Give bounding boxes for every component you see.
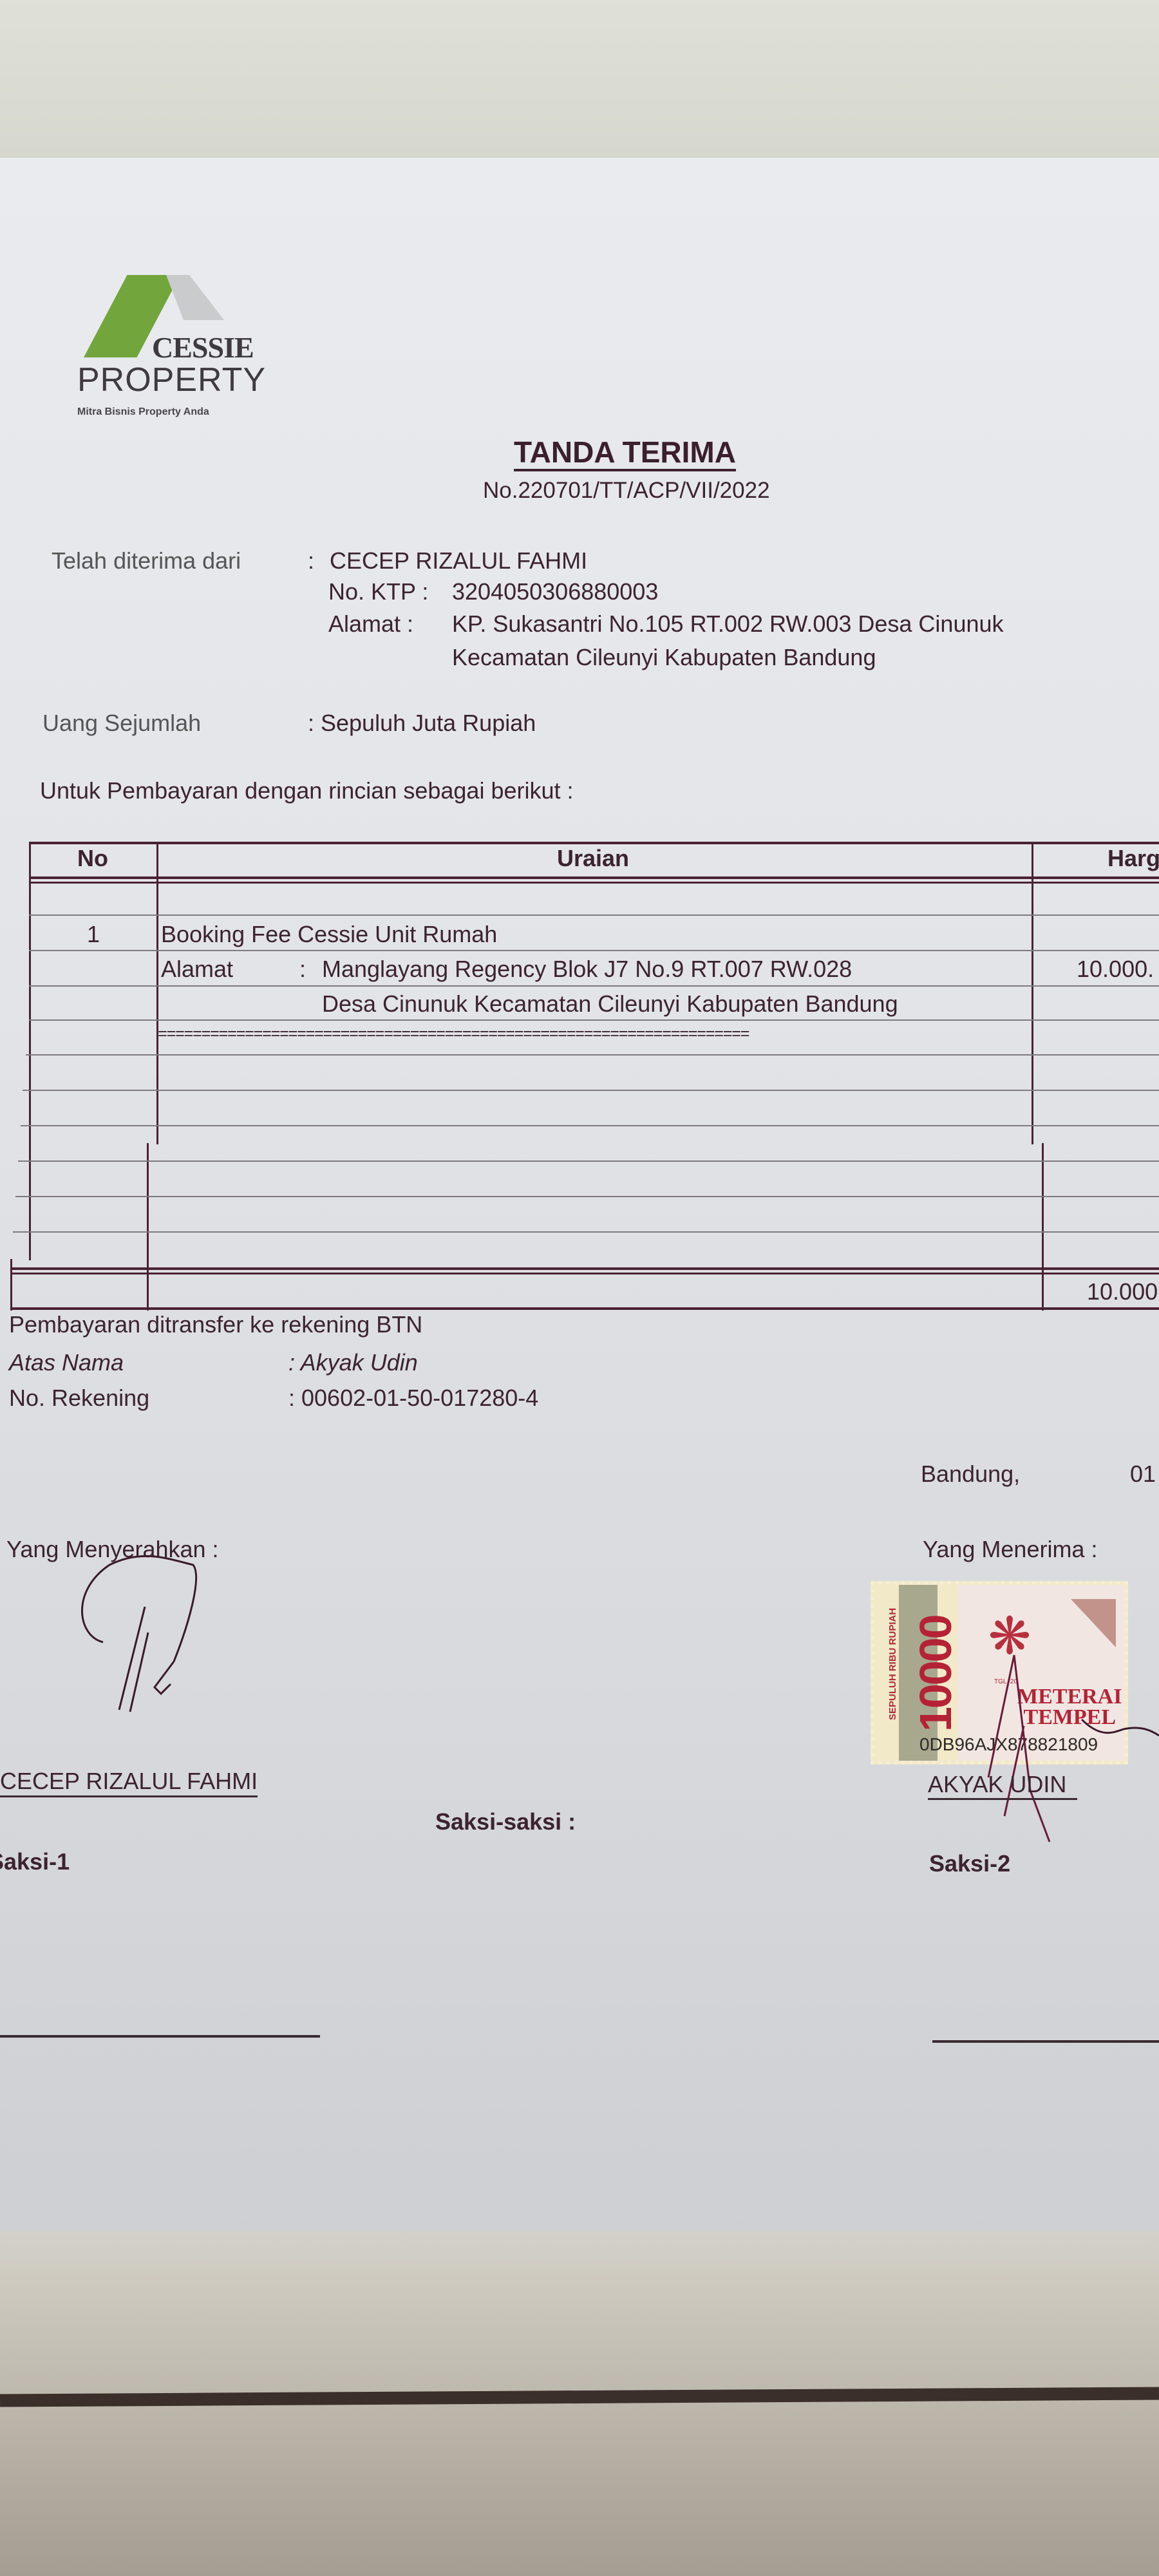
receiver-label: Yang Menerima : xyxy=(923,1536,1097,1563)
account-name-label: Atas Nama xyxy=(9,1349,124,1376)
giver-name-underline xyxy=(0,1795,258,1797)
payer-address-line2: Kecamatan Cileunyi Kabupaten Bandung xyxy=(452,644,876,671)
logo-brand-top: CESSIE xyxy=(152,330,254,365)
giver-name: CECEP RIZALUL FAHMI xyxy=(0,1768,258,1795)
row-description: Booking Fee Cessie Unit Rumah xyxy=(161,921,497,948)
column-header-description: Uraian xyxy=(557,845,629,872)
witness-2-label: Saksi-2 xyxy=(929,1850,1010,1877)
logo-roof-shadow xyxy=(166,275,224,320)
receiver-name-underline xyxy=(928,1798,1077,1800)
row-address-line1: Manglayang Regency Blok J7 No.9 RT.007 R… xyxy=(322,956,852,983)
date-partial: 01 xyxy=(1130,1461,1156,1488)
stamp-value: 10000 xyxy=(910,1616,961,1732)
giver-signature-icon xyxy=(64,1552,219,1719)
place: Bandung, xyxy=(921,1461,1020,1488)
row-separator: ========================================… xyxy=(158,1025,749,1044)
row-price: 10.000. xyxy=(1077,956,1154,983)
document-number: No.220701/TT/ACP/VII/2022 xyxy=(483,478,770,504)
logo-brand-bottom: PROPERTY xyxy=(77,361,266,399)
witnesses-label: Saksi-saksi : xyxy=(435,1808,576,1835)
column-header-no: No xyxy=(77,845,108,872)
payer-name: CECEP RIZALUL FAHMI xyxy=(330,547,587,574)
witness-1-signature-line xyxy=(0,2035,320,2038)
receiver-name: AKYAK UDIN xyxy=(928,1771,1066,1798)
row-address-line2: Desa Cinunuk Kecamatan Cileunyi Kabupate… xyxy=(322,990,898,1018)
receiver-signature-icon xyxy=(985,1649,1159,1848)
ktp-number: 3204050306880003 xyxy=(452,578,658,605)
received-from-label: Telah diterima dari xyxy=(52,547,241,574)
logo-tagline: Mitra Bisnis Property Anda xyxy=(77,406,209,418)
account-name: : Akyak Udin xyxy=(288,1349,418,1376)
row-address-separator: : xyxy=(299,956,306,983)
column-header-price: Harg xyxy=(1107,845,1159,872)
received-from-colon: : xyxy=(308,547,314,574)
total-amount: 10.000 xyxy=(1087,1278,1158,1305)
row-address-label: Alamat xyxy=(161,956,233,983)
address-label: Alamat : xyxy=(328,611,413,638)
amount-value: : Sepuluh Juta Rupiah xyxy=(308,710,536,737)
witness-1-label: Saksi-1 xyxy=(0,1848,70,1875)
document-title: TANDA TERIMA xyxy=(514,435,736,471)
stamp-vertical-text: SEPULUH RIBU RUPIAH xyxy=(887,1608,898,1720)
amount-label: Uang Sejumlah xyxy=(42,710,201,737)
ktp-label: No. KTP : xyxy=(328,578,428,605)
payment-note: Pembayaran ditransfer ke rekening BTN xyxy=(9,1311,422,1338)
company-logo: CESSIE PROPERTY Mitra Bisnis Property An… xyxy=(76,274,269,422)
row-number: 1 xyxy=(87,921,100,948)
details-intro: Untuk Pembayaran dengan rincian sebagai … xyxy=(40,777,574,804)
account-number: : 00602-01-50-017280-4 xyxy=(288,1385,538,1412)
background-surface-top xyxy=(0,0,1159,160)
witness-2-signature-line xyxy=(932,2040,1159,2043)
payer-address-line1: KP. Sukasantri No.105 RT.002 RW.003 Desa… xyxy=(452,611,1004,638)
account-number-label: No. Rekening xyxy=(9,1385,149,1412)
